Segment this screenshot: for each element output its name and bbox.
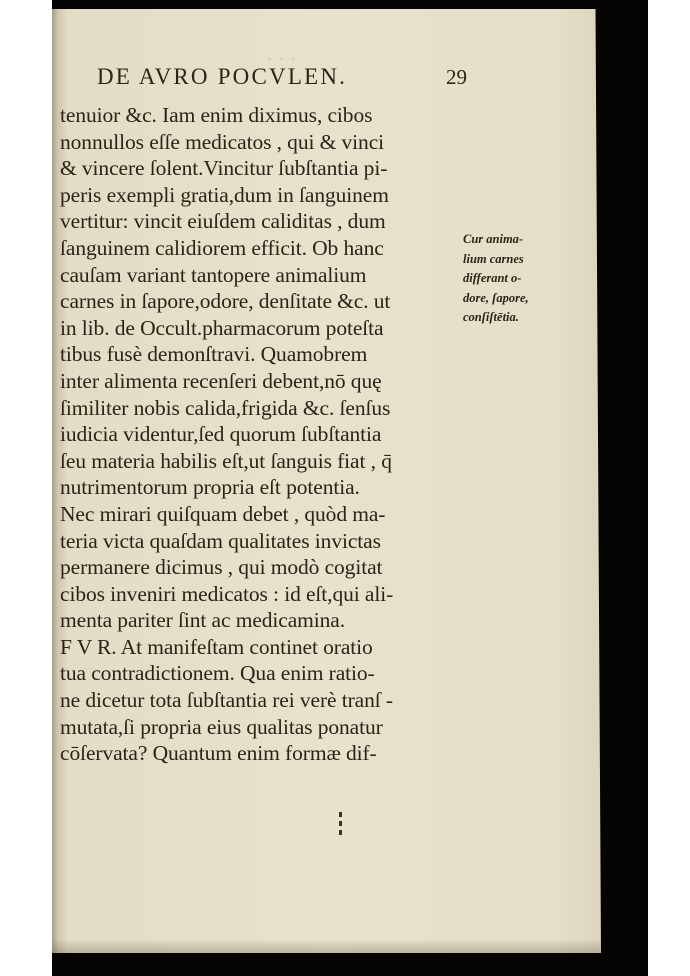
text-line: cibos inveniri medicatos : id eſt,qui al… — [60, 581, 470, 608]
text-line: cōſervata? Quantum enim formæ dif- — [60, 740, 470, 767]
text-line: nonnullos eſſe medicatos , qui & vinci — [60, 129, 470, 156]
text-line: ſanguinem calidiorem efficit. Ob hanc — [60, 235, 470, 262]
marginal-note-line: conſiſtētia. — [463, 308, 583, 328]
marginal-note: Cur anima- lium carnes differant o- dore… — [463, 230, 583, 328]
text-line: vertitur: vincit eiuſdem caliditas , dum — [60, 208, 470, 235]
text-line: ne dicetur tota ſubſtantia rei verè tran… — [60, 687, 470, 714]
text-line: peris exempli gratia,dum in ſanguinem — [60, 182, 470, 209]
text-line: permanere dicimus , qui modò cogitat — [60, 554, 470, 581]
marginal-note-line: differant o- — [463, 269, 583, 289]
text-line: in lib. de Occult.pharmacorum poteſta — [60, 315, 470, 342]
text-line: tibus fusè demonſtravi. Quamobrem — [60, 341, 470, 368]
marginal-note-line: dore, ſapore, — [463, 289, 583, 309]
printer-mark — [339, 812, 342, 836]
text-line: inter alimenta recenſeri debent,nō quę — [60, 368, 470, 395]
text-line: ſeu materia habilis eſt,ut ſanguis fiat … — [60, 448, 470, 475]
text-line: tua contradictionem. Qua enim ratio- — [60, 660, 470, 687]
marginal-note-line: lium carnes — [463, 250, 583, 270]
text-line: F V R. At manifeſtam continet oratio — [60, 634, 470, 661]
text-line: teria victa quaſdam qualitates invictas — [60, 528, 470, 555]
page-number: 29 — [446, 65, 467, 90]
text-line: iudicia videntur,ſed quorum ſubſtantia — [60, 421, 470, 448]
text-line: nutrimentorum propria eſt potentia. — [60, 474, 470, 501]
text-line: carnes in ſapore,odore, denſitate &c. ut — [60, 288, 470, 315]
text-line: menta pariter ſint ac medicamina. — [60, 607, 470, 634]
text-line: Nec mirari quiſquam debet , quòd ma- — [60, 501, 470, 528]
text-line: ſimiliter nobis calida,frigida &c. ſenſu… — [60, 395, 470, 422]
text-line: & vincere ſolent.Vincitur ſubſtantia pi- — [60, 155, 470, 182]
text-line: tenuior &c. Iam enim diximus, cibos — [60, 102, 470, 129]
show-through-mark: . . . — [267, 43, 297, 66]
marginal-note-line: Cur anima- — [463, 230, 583, 250]
running-head: DE AVRO POCVLEN. 29 — [97, 64, 467, 90]
running-head-title: DE AVRO POCVLEN. — [97, 64, 347, 90]
body-text: tenuior &c. Iam enim diximus, cibos nonn… — [60, 102, 470, 767]
text-line: mutata,ſi propria eius qualitas ponatur — [60, 714, 470, 741]
text-line: cauſam variant tantopere animalium — [60, 262, 470, 289]
